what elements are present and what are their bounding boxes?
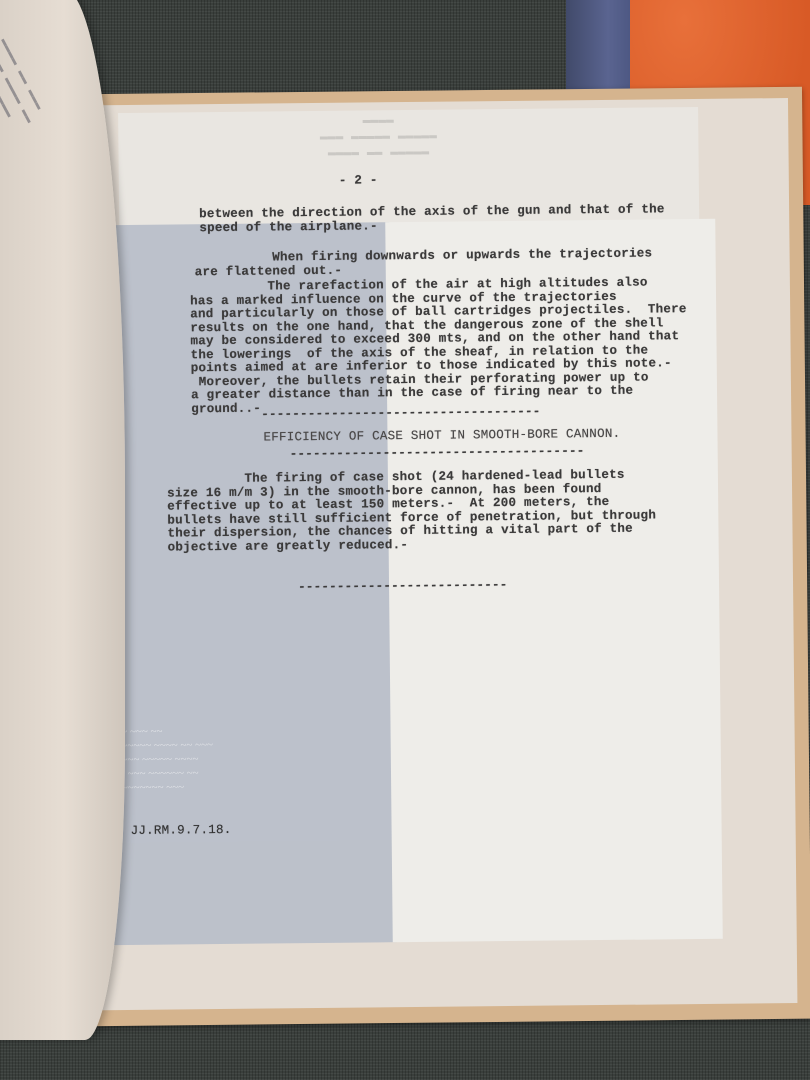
document-page: ▬▬▬▬▬▬▬ ▬▬▬▬▬ ▬▬▬▬▬▬▬▬▬ ▬▬ ▬▬▬▬▬ ~ ~~~~ … [28,98,797,1011]
left-page-text-illegible: ▬▬▬ ▬▬▬▬ ▬▬ ▬▬▬ ▬▬▬▬▬ ▬▬ ▬▬▬▬ ▬▬ ▬▬ ▬▬▬▬… [0,10,125,366]
photo-scene: ▬▬▬▬▬▬▬ ▬▬▬▬▬ ▬▬▬▬▬▬▬▬▬ ▬▬ ▬▬▬▬▬ ~ ~~~~ … [0,0,810,1080]
blue-book-cover [566,0,636,100]
paragraph: between the direction of the axis of the… [199,203,665,235]
typist-signature: JJ.RM.9.7.18. [131,824,232,839]
section-paragraph: The firing of case shot (24 hardened-lea… [167,468,657,554]
separator-line: --------------------------- [298,579,508,595]
curled-left-page: ▬▬▬ ▬▬▬▬ ▬▬ ▬▬▬ ▬▬▬▬▬ ▬▬ ▬▬▬▬ ▬▬ ▬▬ ▬▬▬▬… [0,0,125,1040]
paragraph: The rarefaction of the air at high altit… [190,276,688,416]
page-number: - 2 - [339,174,378,188]
bleed-through-handwriting: ~ ~~~~ ~~~ ~~~~~~ ~~~~~ ~~~~ ~~ ~~~~~~~ … [94,723,315,795]
paragraph: When firing downwards or upwards the tra… [195,247,653,279]
bleed-through-heading: ▬▬▬▬▬▬▬ ▬▬▬▬▬ ▬▬▬▬▬▬▬▬▬ ▬▬ ▬▬▬▬▬ [258,111,498,162]
